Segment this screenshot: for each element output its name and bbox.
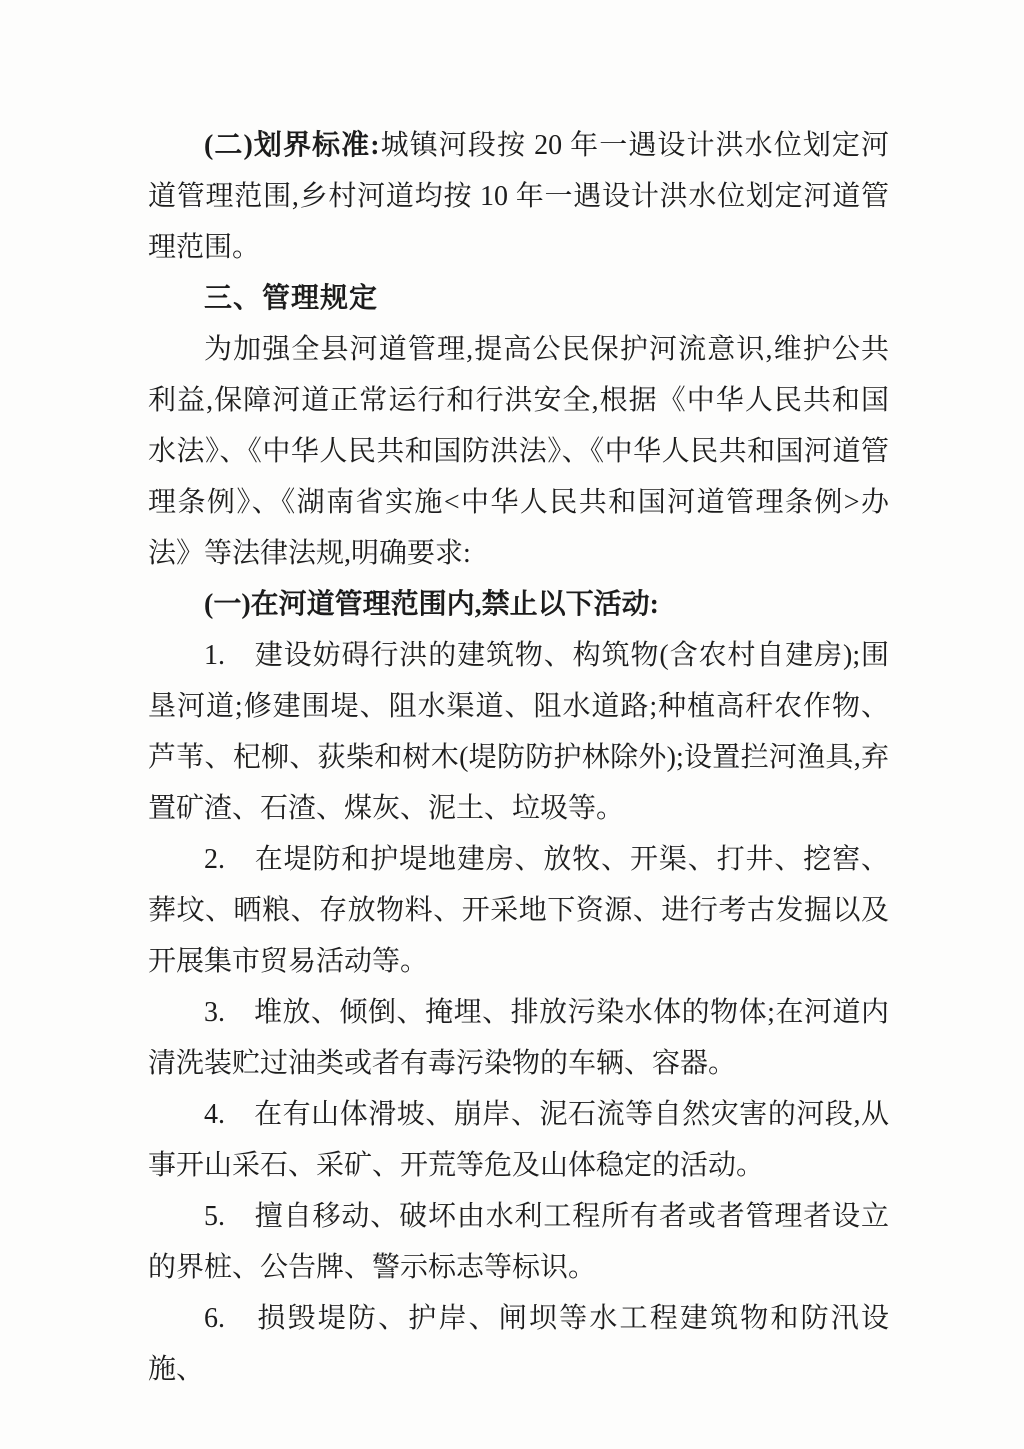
list-item-3: 3. 堆放、倾倒、掩埋、排放污染水体的物体;在河道内清洗装贮过油类或者有毒污染物…: [148, 987, 889, 1089]
paragraph-legal-basis: 为加强全县河道管理,提高公民保护河流意识,维护公共利益,保障河道正常运行和行洪安…: [148, 324, 889, 579]
document-page: (二)划界标准:城镇河段按 20 年一遇设计洪水位划定河道管理范围,乡村河道均按…: [0, 0, 1024, 1449]
subsection-heading-prohibited-activities: (一)在河道管理范围内,禁止以下活动:: [148, 579, 889, 630]
paragraph-bold-lead: (二)划界标准:: [204, 130, 380, 161]
list-item-4: 4. 在有山体滑坡、崩岸、泥石流等自然灾害的河段,从事开山采石、采矿、开荒等危及…: [148, 1089, 889, 1191]
document-text-block: (二)划界标准:城镇河段按 20 年一遇设计洪水位划定河道管理范围,乡村河道均按…: [148, 120, 889, 1395]
paragraph-demarcation-standard: (二)划界标准:城镇河段按 20 年一遇设计洪水位划定河道管理范围,乡村河道均按…: [148, 120, 889, 273]
list-item-1: 1. 建设妨碍行洪的建筑物、构筑物(含农村自建房);围垦河道;修建围堤、阻水渠道…: [148, 630, 889, 834]
list-item-5: 5. 擅自移动、破坏由水利工程所有者或者管理者设立的界桩、公告牌、警示标志等标识…: [148, 1191, 889, 1293]
list-item-6: 6. 损毁堤防、护岸、闸坝等水工程建筑物和防汛设施、: [148, 1293, 889, 1395]
section-heading-management-rules: 三、管理规定: [148, 273, 889, 324]
list-item-2: 2. 在堤防和护堤地建房、放牧、开渠、打井、挖窖、葬坟、晒粮、存放物料、开采地下…: [148, 834, 889, 987]
